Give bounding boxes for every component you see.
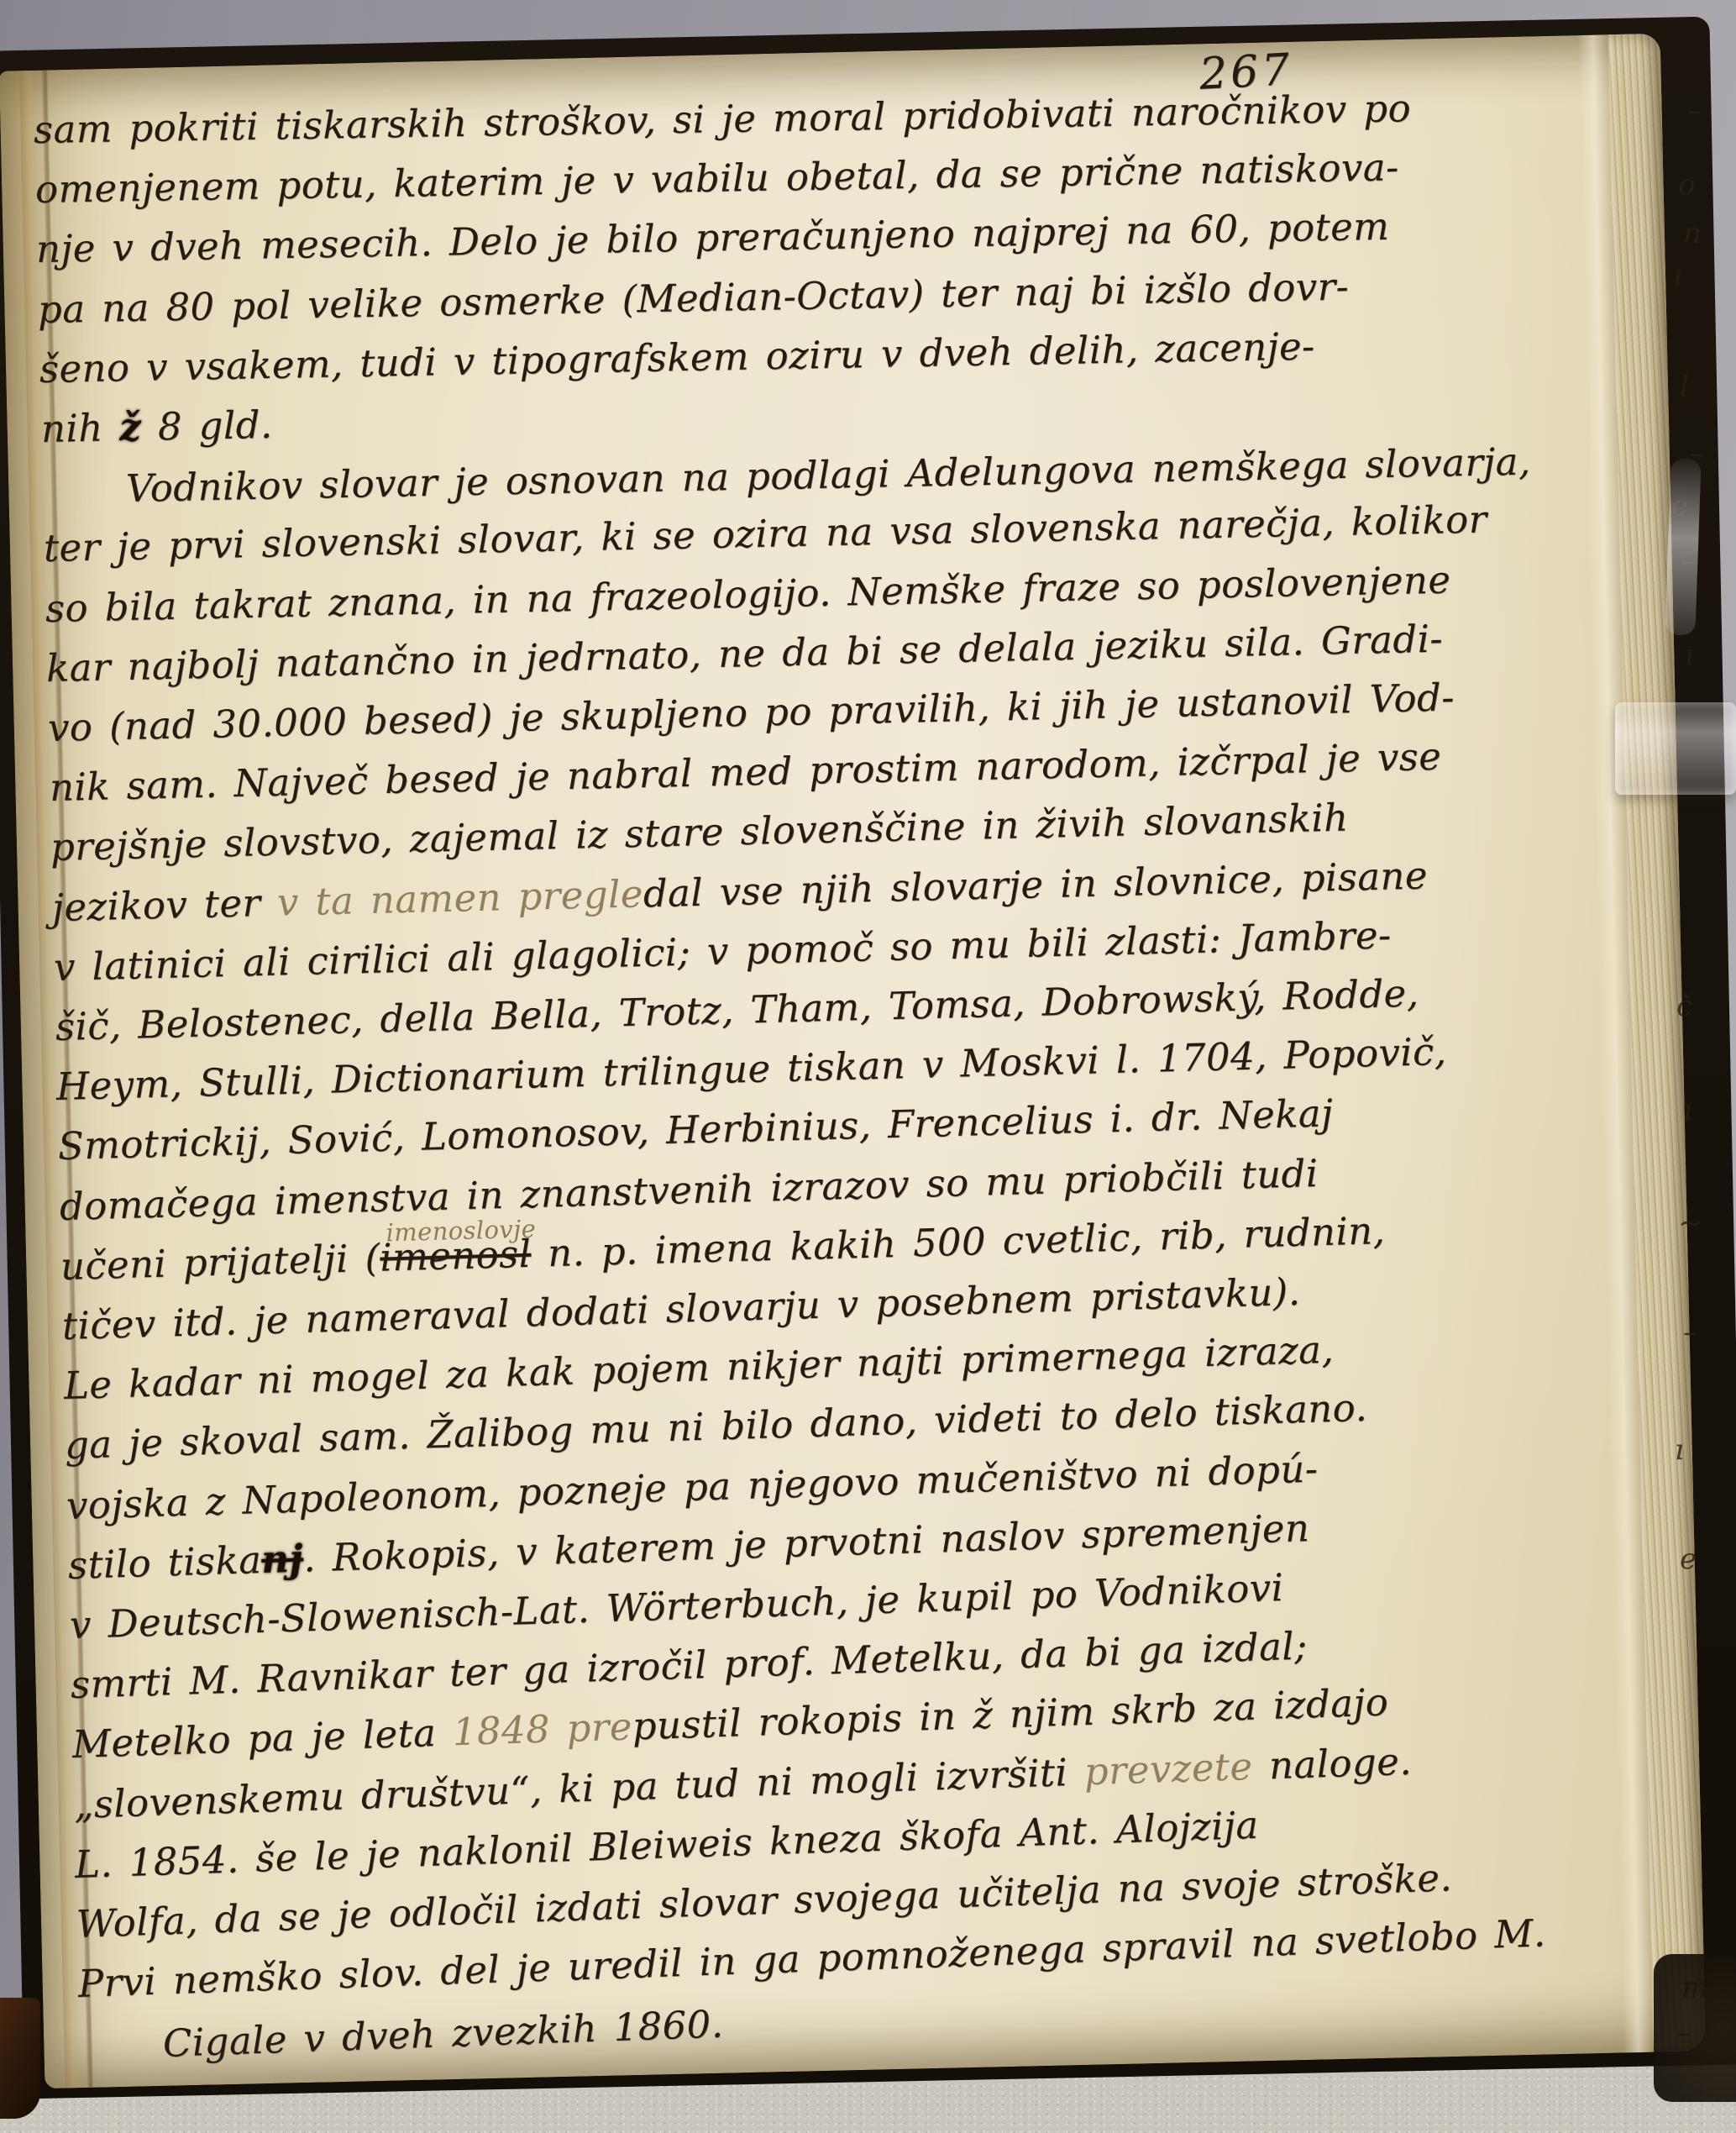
text-segment: n. p. imena kakih 500 cvetlic, rib, rudn… <box>531 1208 1386 1276</box>
text-segment: Metelko pa je leta <box>71 1710 454 1768</box>
text-segment: naloge. <box>1251 1738 1412 1788</box>
facing-page-ink-fragment: n <box>1683 217 1702 250</box>
text-segment: ter je prvi slovenski slovar, ki se ozir… <box>43 497 1487 570</box>
cover-corner-bottom-left <box>0 1998 40 2119</box>
facing-page-ink-fragment: ı <box>1683 1094 1692 1127</box>
plastic-holder-glare <box>1665 458 1701 635</box>
text-line: šeno v vsakem, tudi v tipografskem oziru… <box>39 323 1315 391</box>
text-line: omenjenem potu, katerim je v vabilu obet… <box>34 145 1398 213</box>
plastic-strip <box>1615 702 1736 795</box>
text-segment-faded: 1848 pre <box>452 1705 633 1755</box>
text-segment: nje v dveh mesecih. Delo je bilo preraču… <box>36 204 1390 271</box>
page-number: 267 <box>1198 45 1294 100</box>
facing-page-ink-fragment: – <box>1683 1316 1697 1349</box>
text-segment: učeni prijatelji ( <box>60 1235 381 1288</box>
text-segment: Cigale v dveh zvezkih 1860. <box>162 2002 724 2067</box>
facing-page-ink-fragment: l <box>1680 370 1689 403</box>
text-segment: stilo tiska <box>67 1537 262 1588</box>
text-line: pa na 80 pol velike osmerke (Median-Octa… <box>38 264 1350 332</box>
text-segment: so bila takrat znana, in na frazeologijo… <box>45 557 1450 630</box>
text-segment: nih <box>40 405 119 451</box>
text-line: nje v dveh mesecih. Delo je bilo preraču… <box>36 204 1390 271</box>
manuscript-text: sam pokriti tiskarskih stroškov, si je m… <box>0 0 1736 2133</box>
facing-page-ink-fragment: ı <box>1685 638 1694 672</box>
text-line: so bila takrat znana, in na frazeologijo… <box>45 557 1450 630</box>
text-segment: dal vse njih slovarje in slovnice, pisan… <box>642 853 1428 916</box>
text-segment: pustil rokopis in ž njim skrb za izdajo <box>632 1680 1389 1749</box>
manuscript-photo: sam pokriti tiskarskih stroškov, si je m… <box>0 0 1736 2133</box>
facing-page-ink-fragment: o <box>1678 168 1695 202</box>
text-segment-annotation: imenoslovje <box>385 1218 386 1247</box>
text-line: nih ž 8 gld. <box>40 402 273 451</box>
facing-page-ink-fragment: ı <box>1675 1433 1684 1467</box>
text-segment-faded: v ta namen pregle <box>277 871 644 924</box>
text-segment-faded: prevzete <box>1083 1744 1253 1794</box>
text-segment: jezikov ter <box>51 880 277 929</box>
shadow-corner-bottom-right <box>1654 1954 1736 2102</box>
text-segment-blot-strike: nj <box>260 1536 303 1581</box>
facing-page-ink-fragment: č <box>1676 990 1692 1023</box>
facing-page-ink-fragment: e <box>1680 1542 1697 1576</box>
facing-page-ink-fragment: – <box>1686 94 1701 128</box>
text-segment: 8 gld. <box>140 402 272 449</box>
facing-page-ink-fragment: ı <box>1673 259 1682 292</box>
facing-page-ink-fragment: ~ <box>1678 1206 1702 1240</box>
text-segment-blot: ž <box>118 405 141 449</box>
text-segment: pa na 80 pol velike osmerke (Median-Octa… <box>38 264 1350 332</box>
text-segment: omenjenem potu, katerim je v vabilu obet… <box>34 145 1398 213</box>
text-line: ter je prvi slovenski slovar, ki se ozir… <box>43 497 1487 570</box>
text-segment: šeno v vsakem, tudi v tipografskem oziru… <box>39 323 1315 391</box>
text-line: Cigale v dveh zvezkih 1860. <box>162 2002 724 2067</box>
